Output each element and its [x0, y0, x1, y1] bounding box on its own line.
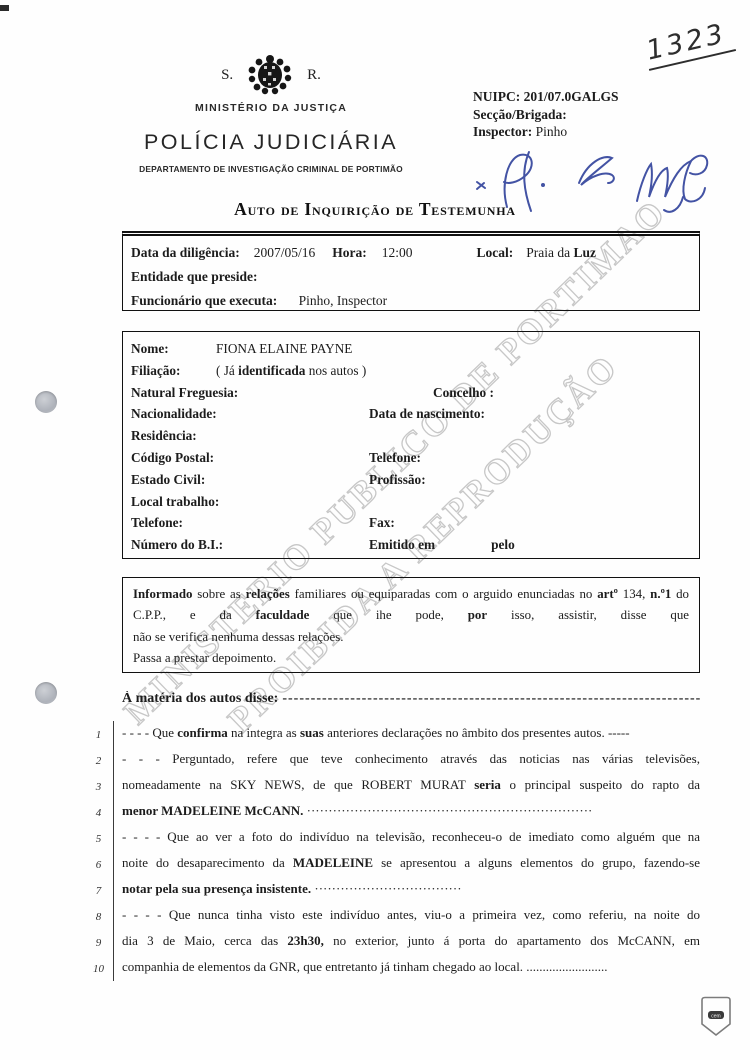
place-value: Praia da Luz	[526, 241, 596, 265]
deposition-row: 8- - - - Que nunca tinha visto este indi…	[84, 903, 700, 929]
hole-punch-bottom	[35, 682, 57, 704]
statement-heading-ruler: ----------------------------------------…	[282, 691, 700, 707]
deposition-row: 7notar pela sua presença insistente. ···…	[84, 877, 700, 903]
rights-text-line: Passa a prestar depoimento.	[133, 648, 689, 669]
page-number-text: 1323	[641, 17, 735, 71]
text-segment: FIONA ELAINE PAYNE	[216, 341, 352, 356]
text-segment: o principal suspeito do rapto da	[501, 777, 700, 792]
hole-punch-top	[35, 391, 57, 413]
emblem-row: S. R.	[118, 54, 424, 96]
text-segment: Passa a prestar depoimento.	[133, 651, 276, 665]
text-segment: se apresentou a alguns elementos do grup…	[373, 855, 700, 870]
text-segment: n.º1	[650, 587, 671, 601]
deposition-text: dia 3 de Maio, cerca das 23h30, no exter…	[113, 929, 700, 955]
signature-3-icon	[637, 161, 705, 202]
field-value: ( Já identificada nos autos )	[216, 363, 366, 378]
text-segment: ········································…	[303, 803, 592, 818]
witness-identification-box: Nome:FIONA ELAINE PAYNEFiliação:( Já ide…	[122, 331, 700, 559]
document-page: MINISTERIO PUBLICO DE PORTIMAO PROIBIDA …	[0, 0, 750, 1060]
field-label: Local trabalho:	[131, 491, 219, 513]
field-label: Filiação:	[131, 360, 216, 382]
text-segment: relações	[246, 587, 290, 601]
section-brigade-label: Secção/Brigada:	[473, 106, 619, 124]
deposition-row: 10companhia de elementos da GNR, que ent…	[84, 955, 700, 981]
line-number: 5	[84, 825, 113, 851]
rights-information-box: Informado sobre as relações familiares o…	[122, 577, 700, 673]
scan-artifact	[0, 5, 9, 11]
text-segment: - - - - Que	[122, 725, 177, 740]
identification-row: Residência:	[131, 425, 691, 447]
signature-mark-icon	[477, 182, 485, 189]
executing-officer-label: Funcionário que executa:	[131, 293, 277, 308]
line-number: 2	[84, 747, 113, 773]
identification-row: Filiação:( Já identificada nos autos )	[131, 360, 691, 382]
deposition-row: 5- - - - Que ao ver a foto do indivíduo …	[84, 825, 700, 851]
identification-left-cell: Nome:FIONA ELAINE PAYNE	[131, 338, 369, 360]
inspector-value: Pinho	[536, 124, 568, 139]
letterhead: S. R. MINISTÉRIO DA JUSTIÇA POLÍCIA JUDI…	[118, 54, 424, 174]
identification-left-cell: Nacionalidade:	[131, 403, 369, 425]
text-segment: ( Já	[216, 363, 238, 378]
text-segment: sobre as	[192, 587, 245, 601]
presiding-entity-label: Entidade que preside:	[131, 265, 691, 289]
identification-left-cell: Número do B.I.:	[131, 534, 369, 556]
field-label: Fax:	[369, 512, 395, 534]
deposition-row: 2- - - Perguntado, refere que teve conhe…	[84, 747, 700, 773]
rights-text-line: Informado sobre as relações familiares o…	[133, 584, 689, 605]
department-name: DEPARTAMENTO DE INVESTIGAÇÃO CRIMINAL DE…	[118, 164, 424, 174]
field-label: Residência:	[131, 425, 216, 447]
place-label: Local:	[477, 241, 514, 265]
text-segment: do	[671, 587, 689, 601]
text-segment: Praia da	[526, 245, 573, 260]
identification-left-cell: Natural Freguesia:	[131, 382, 369, 404]
field-label: Concelho :	[433, 382, 494, 404]
text-segment: 134,	[618, 587, 650, 601]
text-segment: não se verifica nenhuma dessas relações.	[133, 630, 343, 644]
text-segment: na integra as	[228, 725, 300, 740]
date-label: Data da diligência:	[131, 241, 240, 265]
identification-left-cell: Estado Civil:	[131, 469, 369, 491]
identification-row: Telefone:Fax:	[131, 512, 691, 534]
line-number: 3	[84, 773, 113, 799]
field-label: Número do B.I.:	[131, 534, 223, 556]
rights-text-line: C.P.P., e da faculdade que ihe pode, por…	[133, 605, 689, 626]
statement-heading: À matéria dos autos disse: -------------…	[122, 691, 700, 707]
text-segment: artº	[597, 587, 618, 601]
field-label: pelo	[491, 534, 515, 556]
text-segment: Informado	[133, 587, 192, 601]
rights-text-line: não se verifica nenhuma dessas relações.	[133, 627, 689, 648]
line-number: 10	[84, 955, 113, 981]
text-segment: noite do desaparecimento da	[122, 855, 293, 870]
field-label: Natural Freguesia:	[131, 382, 238, 404]
text-segment: seria	[474, 777, 501, 792]
line-number: 1	[84, 721, 113, 747]
text-segment: nomeadamente na SKY NEWS, de que ROBERT …	[122, 777, 474, 792]
deposition-row: 9dia 3 de Maio, cerca das 23h30, no exte…	[84, 929, 700, 955]
text-segment: confirma	[177, 725, 228, 740]
text-segment: familiares ou equiparadas com o arguido …	[290, 587, 597, 601]
text-segment: dia 3 de Maio, cerca das	[122, 933, 287, 948]
field-label: Nacionalidade:	[131, 403, 217, 425]
signature-1-stroke-icon	[524, 152, 531, 211]
identification-left-cell: Código Postal:	[131, 447, 369, 469]
deposition-text: - - - - Que nunca tinha visto este indiv…	[113, 903, 700, 929]
identification-row: Nacionalidade:Data de nascimento:	[131, 403, 691, 425]
deposition-text: menor MADELEINE McCANN. ················…	[113, 799, 700, 825]
text-segment: menor MADELEINE McCANN.	[122, 803, 303, 818]
field-label: Estado Civil:	[131, 469, 216, 491]
line-number: 9	[84, 929, 113, 955]
text-segment: por	[468, 608, 487, 622]
emblem-r-label: R.	[307, 67, 321, 84]
field-label: Data de nascimento:	[369, 403, 485, 425]
text-segment: identificada	[238, 363, 305, 378]
text-segment: Luz	[574, 245, 597, 260]
identification-left-cell: Local trabalho:	[131, 491, 369, 513]
field-label: Telefone:	[369, 447, 421, 469]
officer-row: Funcionário que executa: Pinho, Inspecto…	[131, 289, 691, 313]
diligence-row: Data da diligência: 2007/05/16 Hora: 12:…	[131, 241, 691, 265]
coat-of-arms-icon	[247, 54, 293, 96]
time-value: 12:00	[382, 241, 413, 265]
time-label: Hora:	[332, 241, 367, 265]
stamp-badge-icon: cem	[694, 996, 738, 1044]
text-segment: C.P.P., e da	[133, 608, 256, 622]
organization-name: POLÍCIA JUDICIÁRIA	[118, 130, 424, 155]
identification-left-cell: Residência:	[131, 425, 369, 447]
case-reference: NUIPC: 201/07.0GALGS Secção/Brigada: Ins…	[473, 88, 619, 141]
text-segment: no exterior, junto á porta do apartament…	[324, 933, 700, 948]
deposition-row: 6noite do desaparecimento da MADELEINE s…	[84, 851, 700, 877]
line-number: 6	[84, 851, 113, 877]
text-segment: - - - - Que ao ver a foto do indivíduo n…	[122, 829, 700, 844]
text-segment: - - - Perguntado, refere que teve conhec…	[122, 751, 700, 766]
identification-left-cell: Filiação:( Já identificada nos autos )	[131, 360, 369, 382]
field-label: Profissão:	[369, 469, 426, 491]
identification-row: Natural Freguesia:Concelho :	[131, 382, 691, 404]
deposition-text: noite do desaparecimento da MADELEINE se…	[113, 851, 700, 877]
diligence-box: Data da diligência: 2007/05/16 Hora: 12:…	[122, 231, 700, 311]
identification-row: Estado Civil:Profissão:	[131, 469, 691, 491]
handwritten-page-number: 1323	[641, 12, 750, 71]
text-segment: isso, assistir, disse que	[487, 608, 689, 622]
statement-heading-label: À matéria dos autos disse:	[122, 691, 278, 707]
nuipc-label: NUIPC:	[473, 89, 520, 104]
text-segment: notar pela sua presença insistente.	[122, 881, 311, 896]
text-segment: nos autos )	[305, 363, 366, 378]
deposition-row: 4menor MADELEINE McCANN. ···············…	[84, 799, 700, 825]
text-segment: ··································	[311, 881, 461, 896]
executing-officer-value: Pinho, Inspector	[299, 293, 388, 308]
date-value: 2007/05/16	[254, 241, 316, 265]
deposition-lines: 1- - - - Que confirma na integra as suas…	[84, 721, 700, 981]
identification-left-cell: Telefone:	[131, 512, 369, 534]
signatures-ink	[455, 143, 735, 223]
nuipc-line: NUIPC: 201/07.0GALGS	[473, 88, 619, 106]
deposition-row: 1- - - - Que confirma na integra as suas…	[84, 721, 700, 747]
deposition-text: companhia de elementos da GNR, que entre…	[113, 955, 700, 981]
text-segment: faculdade	[256, 608, 310, 622]
line-number: 7	[84, 877, 113, 903]
signature-1-dot-icon	[541, 183, 545, 187]
text-segment: suas	[300, 725, 324, 740]
deposition-text: - - - - Que ao ver a foto do indivíduo n…	[113, 825, 700, 851]
deposition-row: 3nomeadamente na SKY NEWS, de que ROBERT…	[84, 773, 700, 799]
field-value: FIONA ELAINE PAYNE	[216, 341, 352, 356]
identification-row: Código Postal:Telefone:	[131, 447, 691, 469]
text-segment: - - - - Que nunca tinha visto este indiv…	[122, 907, 700, 922]
svg-text:cem: cem	[711, 1013, 720, 1019]
signature-2-icon	[579, 157, 614, 185]
line-number: 8	[84, 903, 113, 929]
field-label: Código Postal:	[131, 447, 216, 469]
deposition-text: - - - Perguntado, refere que teve conhec…	[113, 747, 700, 773]
identification-row: Nome:FIONA ELAINE PAYNE	[131, 338, 691, 360]
signature-3-tail-icon	[664, 197, 683, 212]
inspector-line: Inspector: Pinho	[473, 123, 619, 141]
identification-row: Número do B.I.:Emitido empelo	[131, 534, 691, 556]
identification-row: Local trabalho:	[131, 491, 691, 513]
deposition-text: nomeadamente na SKY NEWS, de que ROBERT …	[113, 773, 700, 799]
field-label: Telefone:	[131, 512, 216, 534]
field-label: Emitido em	[369, 534, 435, 556]
text-segment: companhia de elementos da GNR, que entre…	[122, 959, 608, 974]
deposition-text: notar pela sua presença insistente. ····…	[113, 877, 700, 903]
text-segment: 23h30,	[287, 933, 323, 948]
ministry-name: MINISTÉRIO DA JUSTIÇA	[118, 102, 424, 114]
emblem-s-label: S.	[221, 67, 233, 84]
nuipc-value: 201/07.0GALGS	[524, 89, 619, 104]
signature-3-loop-icon	[690, 156, 707, 175]
inspector-label: Inspector:	[473, 124, 532, 139]
deposition-text: - - - - Que confirma na integra as suas …	[113, 721, 700, 747]
field-label: Nome:	[131, 338, 216, 360]
text-segment: anteriores declarações no âmbito dos pre…	[324, 725, 630, 740]
text-segment: que ihe pode,	[309, 608, 467, 622]
text-segment: MADELEINE	[293, 855, 373, 870]
line-number: 4	[84, 799, 113, 825]
